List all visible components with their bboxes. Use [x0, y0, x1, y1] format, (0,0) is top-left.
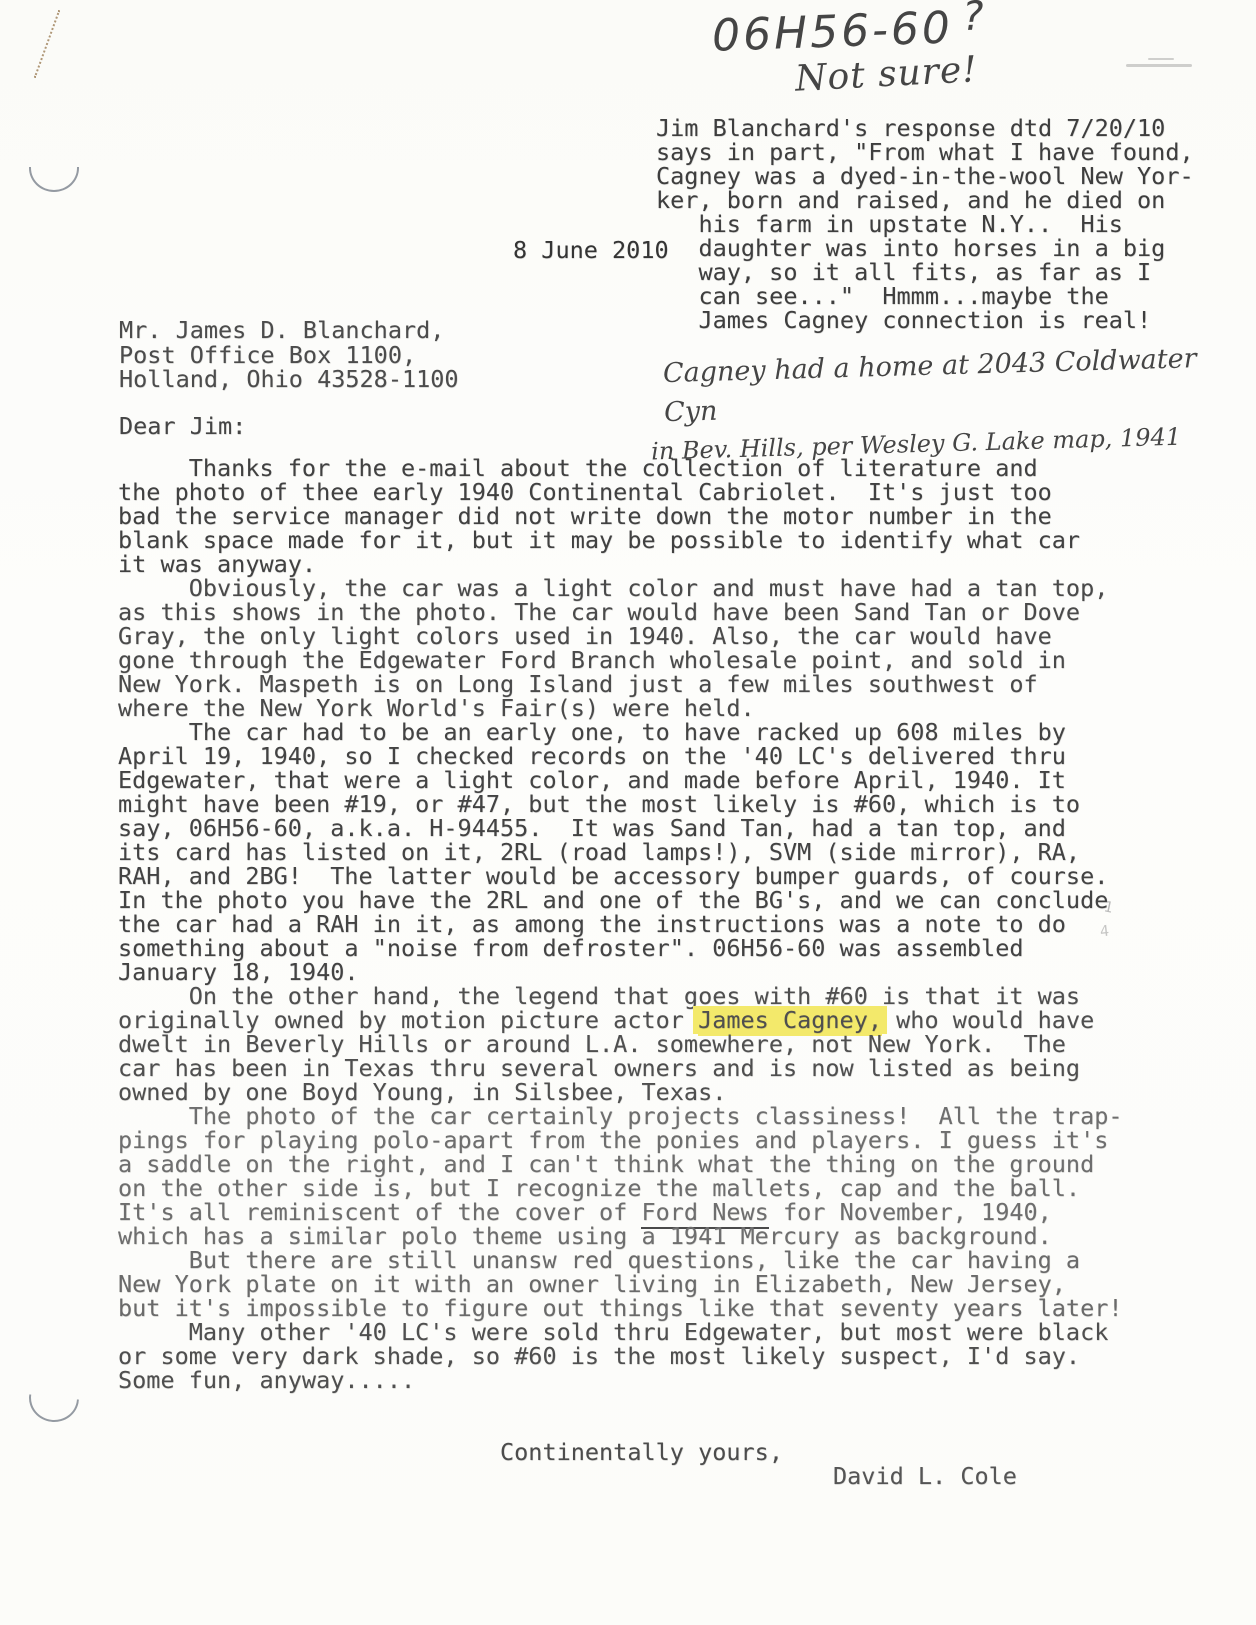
body-line: January 18, 1940.: [118, 960, 1123, 984]
body-line: It's all reminiscent of the cover of For…: [118, 1200, 1123, 1224]
body-line: Many other '40 LC's were sold thru Edgew…: [118, 1320, 1123, 1344]
body-line: but it's impossible to figure out things…: [118, 1296, 1123, 1320]
body-line: its card has listed on it, 2RL (road lam…: [118, 840, 1123, 864]
handwritten-side-note: Cagney had a home at 2043 Coldwater Cyn …: [648, 338, 1256, 472]
body-line: on the other side is, but I recognize th…: [118, 1176, 1123, 1200]
body-line: a saddle on the right, and I can't think…: [118, 1152, 1123, 1176]
letter-date: 8 June 2010: [513, 238, 669, 262]
response-note-line: ker, born and raised, and he died on: [656, 188, 1194, 212]
body-line: But there are still unansw red questions…: [118, 1248, 1123, 1272]
letter-body: Thanks for the e-mail about the collecti…: [118, 456, 1123, 1392]
body-line: New York plate on it with an owner livin…: [118, 1272, 1123, 1296]
salutation: Dear Jim:: [119, 414, 246, 438]
body-line: On the other hand, the legend that goes …: [118, 984, 1123, 1008]
body-line: Some fun, anyway.....: [118, 1368, 1123, 1392]
response-note-line: way, so it all fits, as far as I: [656, 260, 1194, 284]
body-line: April 19, 1940, so I checked records on …: [118, 744, 1123, 768]
body-line: owned by one Boyd Young, in Silsbee, Tex…: [118, 1080, 1123, 1104]
body-line: blank space made for it, but it may be p…: [118, 528, 1123, 552]
body-line: or some very dark shade, so #60 is the m…: [118, 1344, 1123, 1368]
body-line: might have been #19, or #47, but the mos…: [118, 792, 1123, 816]
body-line: Edgewater, that were a light color, and …: [118, 768, 1123, 792]
body-line: The photo of the car certainly projects …: [118, 1104, 1123, 1128]
response-note-line: daughter was into horses in a big: [656, 236, 1194, 260]
address-line: Holland, Ohio 43528-1100: [119, 367, 459, 392]
valediction: Continentally yours,: [500, 1440, 783, 1464]
body-line: In the photo you have the 2RL and one of…: [118, 888, 1123, 912]
body-line: which has a similar polo theme using a 1…: [118, 1224, 1123, 1248]
response-note-line: his farm in upstate N.Y.. His: [656, 212, 1194, 236]
punch-hole-top: [29, 144, 79, 192]
bleed-mark-2: 4: [1099, 922, 1110, 941]
punch-hole-bottom: [27, 1372, 82, 1425]
signature-name: David L. Cole: [833, 1464, 1017, 1488]
body-line: originally owned by motion picture actor…: [118, 1008, 1123, 1032]
body-line: it was anyway.: [118, 552, 1123, 576]
body-line: car has been in Texas thru several owner…: [118, 1056, 1123, 1080]
scan-artifact-dash: [1126, 64, 1192, 67]
pen-slash-mark: [34, 10, 61, 78]
scan-artifact-dash-small: [1148, 58, 1174, 60]
body-line: Gray, the only light colors used in 1940…: [118, 624, 1123, 648]
handwritten-not-sure-note: Not sure!: [794, 49, 979, 100]
body-line: as this shows in the photo. The car woul…: [118, 600, 1123, 624]
response-note-line: Cagney was a dyed-in-the-wool New Yor-: [656, 164, 1194, 188]
scanned-letter-page: 06H56-60? Not sure! Jim Blanchard's resp…: [0, 0, 1256, 1625]
body-line: The car had to be an early one, to have …: [118, 720, 1123, 744]
body-line: Obviously, the car was a light color and…: [118, 576, 1123, 600]
response-note-block: Jim Blanchard's response dtd 7/20/10says…: [656, 116, 1194, 332]
body-line: bad the service manager did not write do…: [118, 504, 1123, 528]
body-line: pings for playing polo-apart from the po…: [118, 1128, 1123, 1152]
body-line: dwelt in Beverly Hills or around L.A. so…: [118, 1032, 1123, 1056]
body-line: say, 06H56-60, a.k.a. H-94455. It was Sa…: [118, 816, 1123, 840]
body-line: something about a "noise from defroster"…: [118, 936, 1123, 960]
body-line: where the New York World's Fair(s) were …: [118, 696, 1123, 720]
response-note-line: says in part, "From what I have found,: [656, 140, 1194, 164]
body-line: the car had a RAH in it, as among the in…: [118, 912, 1123, 936]
address-line: Mr. James D. Blanchard,: [119, 318, 459, 343]
body-line: Thanks for the e-mail about the collecti…: [118, 456, 1123, 480]
question-mark: ?: [962, 0, 988, 40]
response-note-line: James Cagney connection is real!: [656, 308, 1194, 332]
body-line: RAH, and 2BG! The latter would be access…: [118, 864, 1123, 888]
body-line: the photo of thee early 1940 Continental…: [118, 480, 1123, 504]
response-note-line: can see..." Hmmm...maybe the: [656, 284, 1194, 308]
body-line: gone through the Edgewater Ford Branch w…: [118, 648, 1123, 672]
address-line: Post Office Box 1100,: [119, 343, 459, 368]
body-line: New York. Maspeth is on Long Island just…: [118, 672, 1123, 696]
response-note-line: Jim Blanchard's response dtd 7/20/10: [656, 116, 1194, 140]
recipient-address: Mr. James D. Blanchard,Post Office Box 1…: [119, 318, 459, 392]
